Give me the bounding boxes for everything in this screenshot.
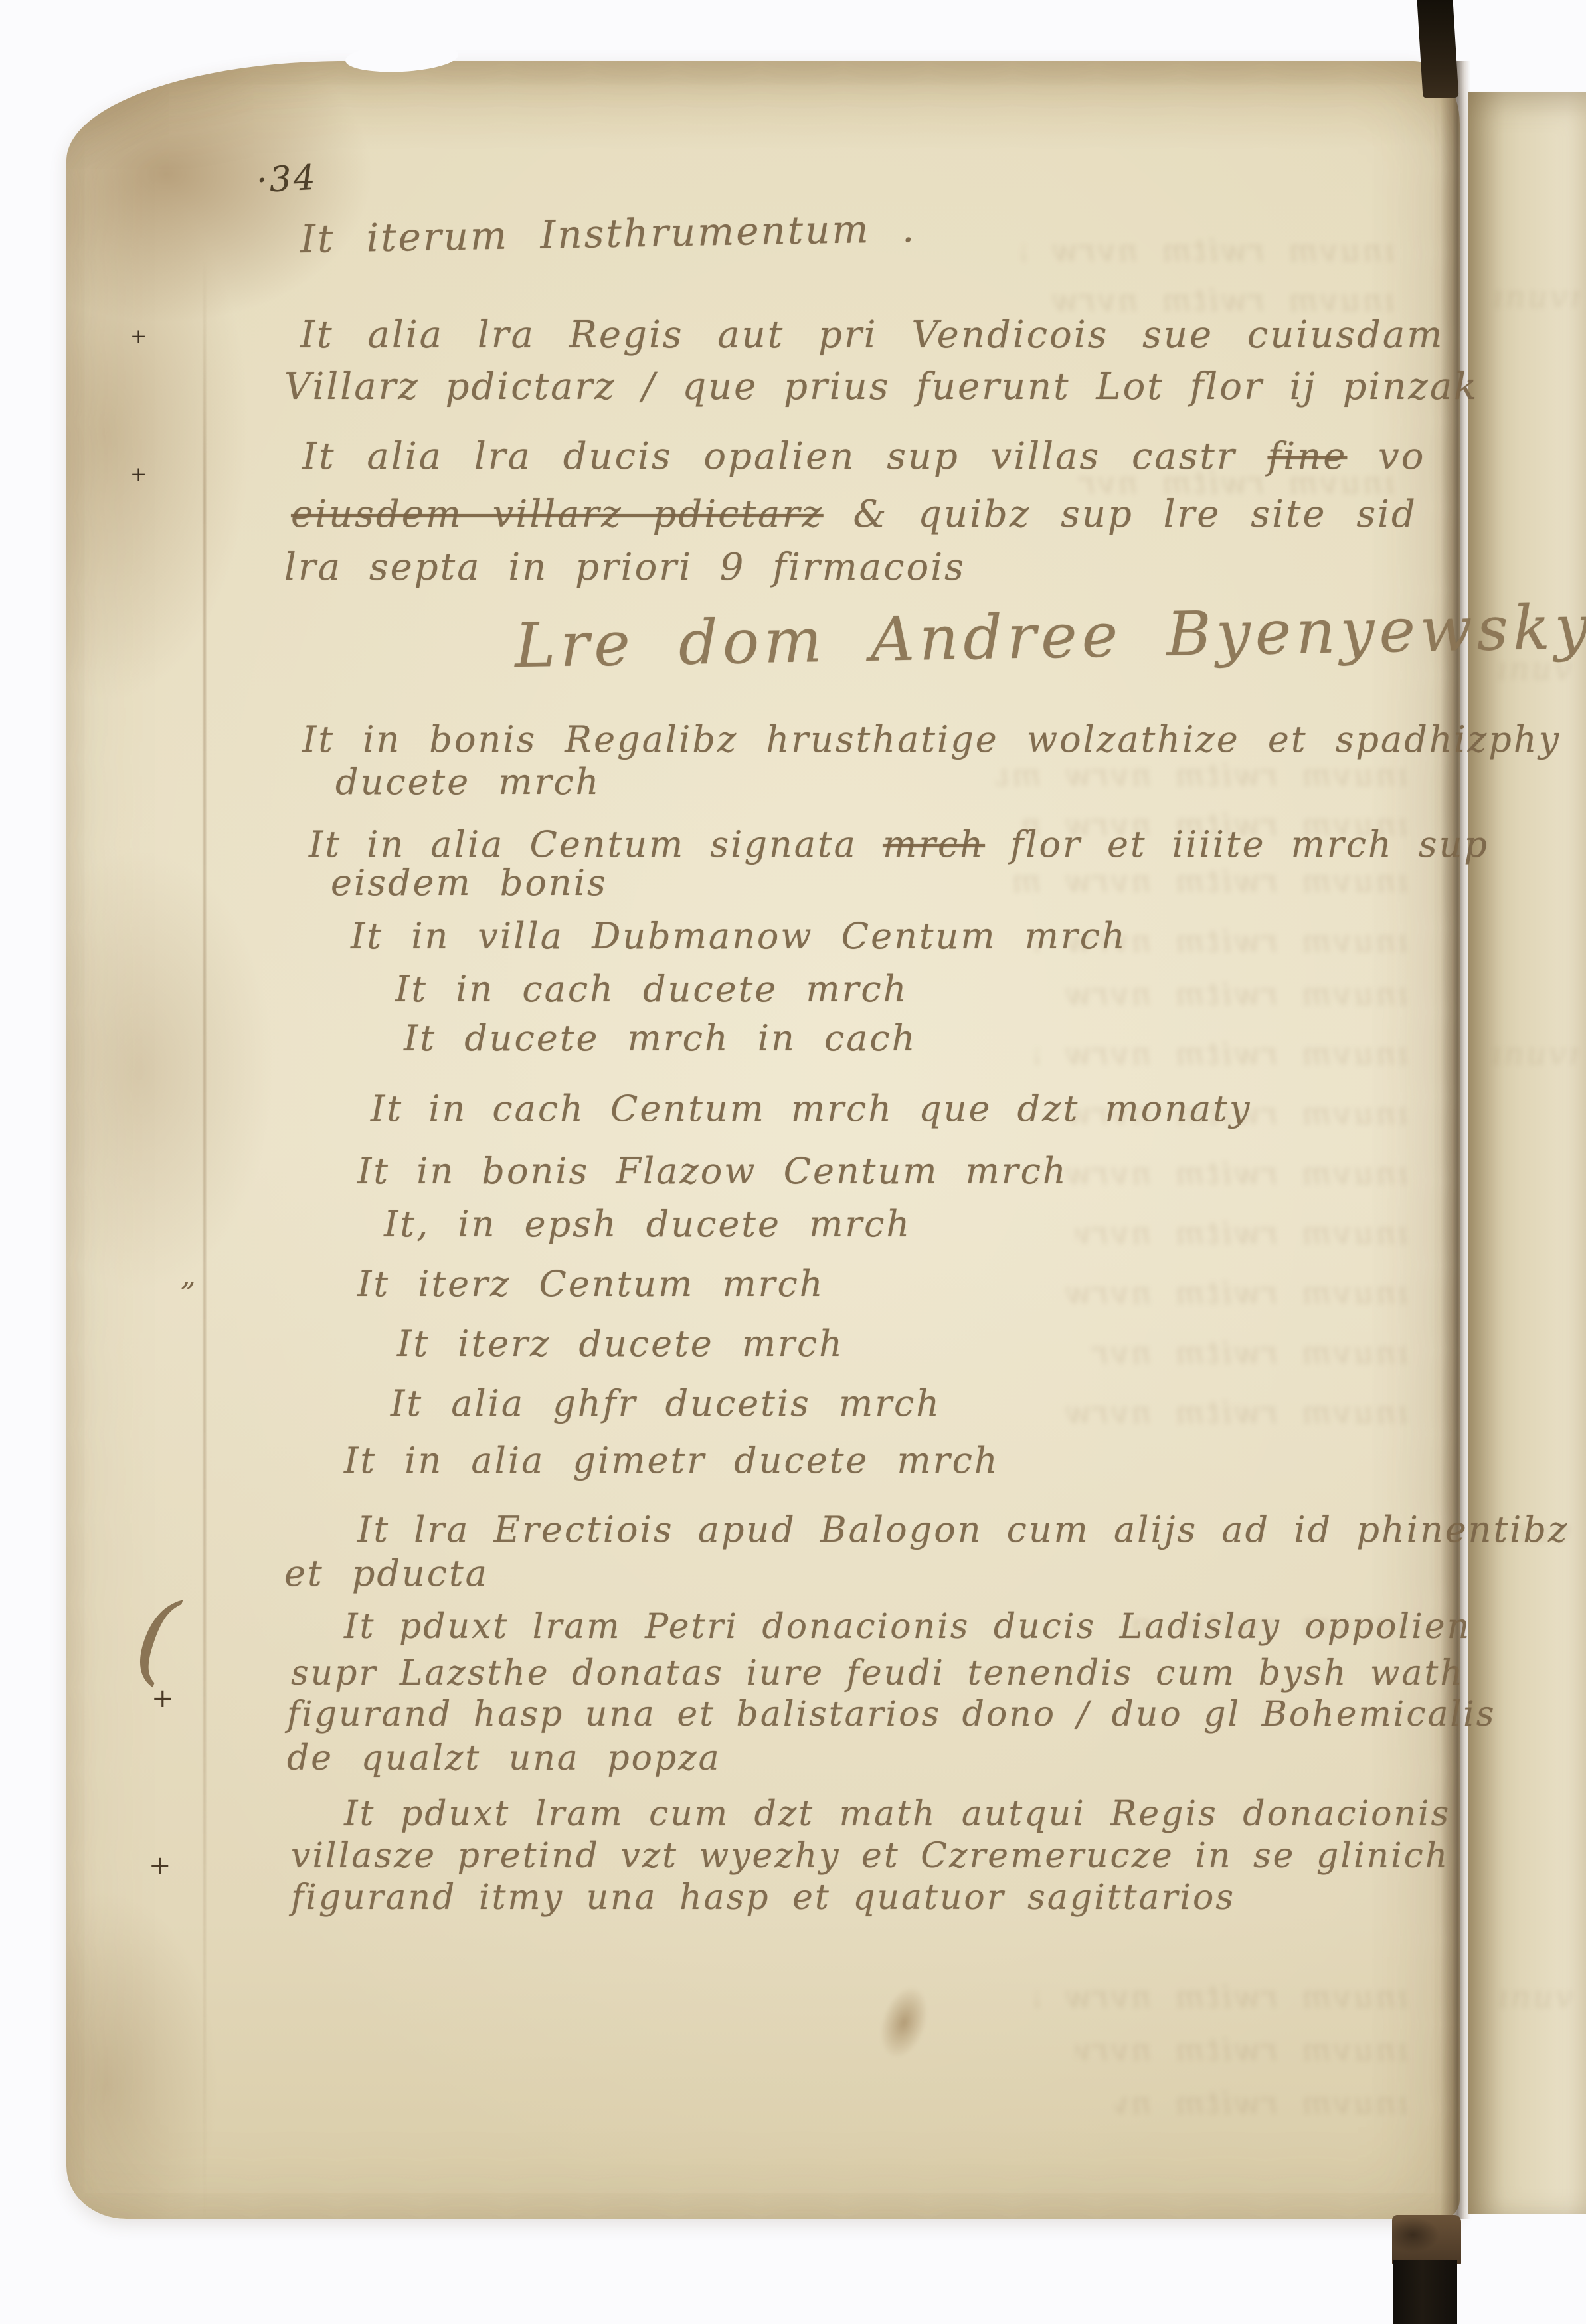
bleed-through-text: ınuvm rwitm nvrw muin nmv uwr mnuv wnm	[1076, 2032, 1408, 2068]
strap-black-band	[1393, 2260, 1457, 2324]
manuscript-line: ducete mrch	[335, 761, 600, 803]
line-text: figurand hasp una et balistarios dono / …	[287, 1695, 1496, 1734]
manuscript-line: It in alia gimetr ducete mrch	[344, 1440, 1000, 1481]
manuscript-line: de qualzt una popza	[287, 1738, 721, 1778]
bleed-through-text: ınuvm rwitm nvrw muin nmv uwr mnuv wnm	[1063, 1096, 1408, 1131]
bleed-through-text: ınuvm rwitm nvrw muin nmv uwr mnuv wnm	[1036, 282, 1395, 318]
bleed-through-text: ınuvm rwitm nvrw muin nmv uwr mnuv wnm	[1492, 1036, 1578, 1072]
line-text: It iterz ducete mrch	[397, 1323, 844, 1365]
bleed-through-text: ınuvm rwitm nvrw muin nmv uwr mnuv wnm	[996, 757, 1408, 793]
bleed-through-text: ınuvm rwitm nvrw muin nmv uwr mnuv wnm	[1063, 1275, 1408, 1311]
margin-quote-mark: „	[181, 1262, 196, 1291]
manuscript-line: It ducete mrch in cach	[404, 1017, 917, 1059]
margin-cross-mark: +	[149, 1853, 171, 1879]
manuscript-line: It iterz Centum mrch	[357, 1263, 825, 1305]
manuscript-line: supr Lazsthe donatas iure feudi tenendis…	[291, 1653, 1464, 1693]
binding-strap-bottom	[1392, 2215, 1461, 2324]
facing-page-edge	[1468, 92, 1586, 2214]
line-text: It lra Erectiois apud Balogon cum alijs …	[357, 1509, 1569, 1550]
bleed-through-text: ınuvm rwitm nvrw muin nmv uwr mnuv wnm	[1023, 807, 1408, 843]
manuscript-line: It iterz ducete mrch	[397, 1323, 844, 1365]
line-text: It in cach ducete mrch	[395, 968, 908, 1010]
bleed-through-text: ınuvm rwitm nvrw muin nmv uwr mnuv wnm	[1036, 1979, 1408, 2015]
bleed-through-text: ınuvm rwitm nvrw muin nmv uwr mnuv wnm	[1498, 1979, 1571, 2015]
scanned-book-spread: ·34It iterum Insthrumentum .It alia lra …	[0, 0, 1586, 2324]
line-text: et pducta	[284, 1552, 489, 1594]
edge-cross-mark: +	[130, 327, 147, 347]
line-text: It in alia Centum signata	[309, 823, 883, 865]
line-text: It iterz Centum mrch	[357, 1263, 825, 1305]
bleed-through-text: ınuvm rwitm nvrw muin nmv uwr mnuv wnm	[1063, 976, 1408, 1012]
line-text: It alia ghfr ducetis mrch	[391, 1382, 941, 1424]
manuscript-line: eisdem bonis	[331, 862, 608, 904]
line-text: It pduxt lram cum dzt math autqui Regis …	[344, 1794, 1451, 1834]
paper-crease	[203, 260, 206, 2219]
bleed-through-text: ınuvm rwitm nvrw muin nmv uwr mnuv wnm	[1023, 232, 1395, 268]
line-text: villasze pretind vzt wyezhy et Czremeruc…	[291, 1836, 1449, 1876]
manuscript-line: It lra Erectiois apud Balogon cum alijs …	[357, 1509, 1569, 1550]
line-text: It alia lra Regis aut pri Vendicois sue …	[300, 313, 1444, 357]
binding-strap-top	[1417, 0, 1459, 98]
manuscript-line: et pducta	[284, 1552, 489, 1594]
line-text: eisdem bonis	[331, 862, 608, 904]
bleed-through-text: ınuvm rwitm nvrw muin nmv uwr mnuv wnm	[1493, 279, 1579, 315]
line-text: ducete mrch	[335, 761, 600, 803]
line-text: supr Lazsthe donatas iure feudi tenendis…	[291, 1653, 1464, 1693]
bleed-through-text: ınuvm rwitm nvrw muin nmv uwr mnuv wnm	[1036, 1036, 1408, 1072]
line-text: It ducete mrch in cach	[404, 1017, 917, 1059]
line-text: de qualzt una popza	[287, 1738, 721, 1778]
strap-leather-end	[1392, 2215, 1461, 2264]
manuscript-line: figurand hasp una et balistarios dono / …	[287, 1695, 1496, 1734]
bleed-through-text: ınuvm rwitm nvrw muin nmv uwr mnuv wnm	[1496, 1514, 1575, 1550]
bleed-through-text: ınuvm rwitm nvrw muin nmv uwr mnuv wnm	[1063, 1394, 1408, 1430]
struck-text: eiusdem villarz pdictarz	[291, 493, 824, 536]
line-text: It in bonis Regalibz hrusthatige wolzath…	[302, 718, 1561, 760]
struck-text: mrch	[883, 823, 985, 865]
manuscript-line: It in villa Dubmanow Centum mrch	[351, 915, 1127, 957]
bleed-through-text: ınuvm rwitm nvrw muin nmv uwr mnuv wnm	[1036, 923, 1408, 959]
line-text: It, in epsh ducete mrch	[384, 1203, 911, 1245]
bleed-through-text: ınuvm rwitm nvrw muin nmv uwr mnuv wnm	[1076, 1215, 1408, 1251]
paper-stain	[871, 1981, 936, 2065]
bleed-through-text: ınuvm rwitm nvrw muin nmv uwr mnuv wnm	[1129, 1607, 1408, 1643]
line-text: lra septa in priori 9 firmacois	[284, 546, 966, 589]
line-text: figurand itmy una hasp et quatuor sagitt…	[291, 1878, 1235, 1918]
line-text: It in bonis Flazow Centum mrch	[357, 1150, 1068, 1192]
manuscript-line: It in bonis Regalibz hrusthatige wolzath…	[302, 718, 1561, 760]
line-text: It in villa Dubmanow Centum mrch	[351, 915, 1127, 957]
line-text: Villarz pdictarz / que prius fuerunt Lot…	[284, 365, 1478, 408]
manuscript-line: It alia lra Regis aut pri Vendicois sue …	[300, 313, 1444, 357]
page-number: ·34	[255, 158, 318, 201]
line-text: ·34	[255, 158, 318, 201]
manuscript-line: It pduxt lram cum dzt math autqui Regis …	[344, 1794, 1451, 1834]
bleed-through-text: ınuvm rwitm nvrw muin nmv uwr mnuv wnm	[1010, 863, 1408, 899]
bleed-through-text: ınuvm rwitm nvrw muin nmv uwr mnuv wnm	[1076, 465, 1395, 501]
manuscript-line: Villarz pdictarz / que prius fuerunt Lot…	[284, 365, 1478, 408]
margin-cross-mark: +	[151, 1685, 174, 1712]
manuscript-line: villasze pretind vzt wyezhy et Czremeruc…	[291, 1836, 1449, 1876]
bleed-through-text: ınuvm rwitm nvrw muin nmv uwr mnuv wnm	[1089, 1335, 1408, 1370]
manuscript-line: lra septa in priori 9 firmacois	[284, 546, 966, 589]
manuscript-line: It in cach ducete mrch	[395, 968, 908, 1010]
manuscript-line: figurand itmy una hasp et quatuor sagitt…	[291, 1878, 1235, 1918]
line-text: It in alia gimetr ducete mrch	[344, 1440, 1000, 1481]
bleed-through-text: ınuvm rwitm nvrw muin nmv uwr mnuv wnm	[1036, 1155, 1408, 1191]
edge-cross-mark: +	[130, 465, 147, 485]
manuscript-line: It alia ghfr ducetis mrch	[391, 1382, 941, 1424]
manuscript-line: It in bonis Flazow Centum mrch	[357, 1150, 1068, 1192]
bleed-through-text: ınuvm rwitm nvrw muin nmv uwr mnuv wnm	[1116, 2085, 1408, 2121]
bleed-through-text: ınuvm rwitm nvrw muin nmv uwr mnuv wnm	[1497, 651, 1577, 687]
manuscript-line: It, in epsh ducete mrch	[384, 1203, 911, 1245]
